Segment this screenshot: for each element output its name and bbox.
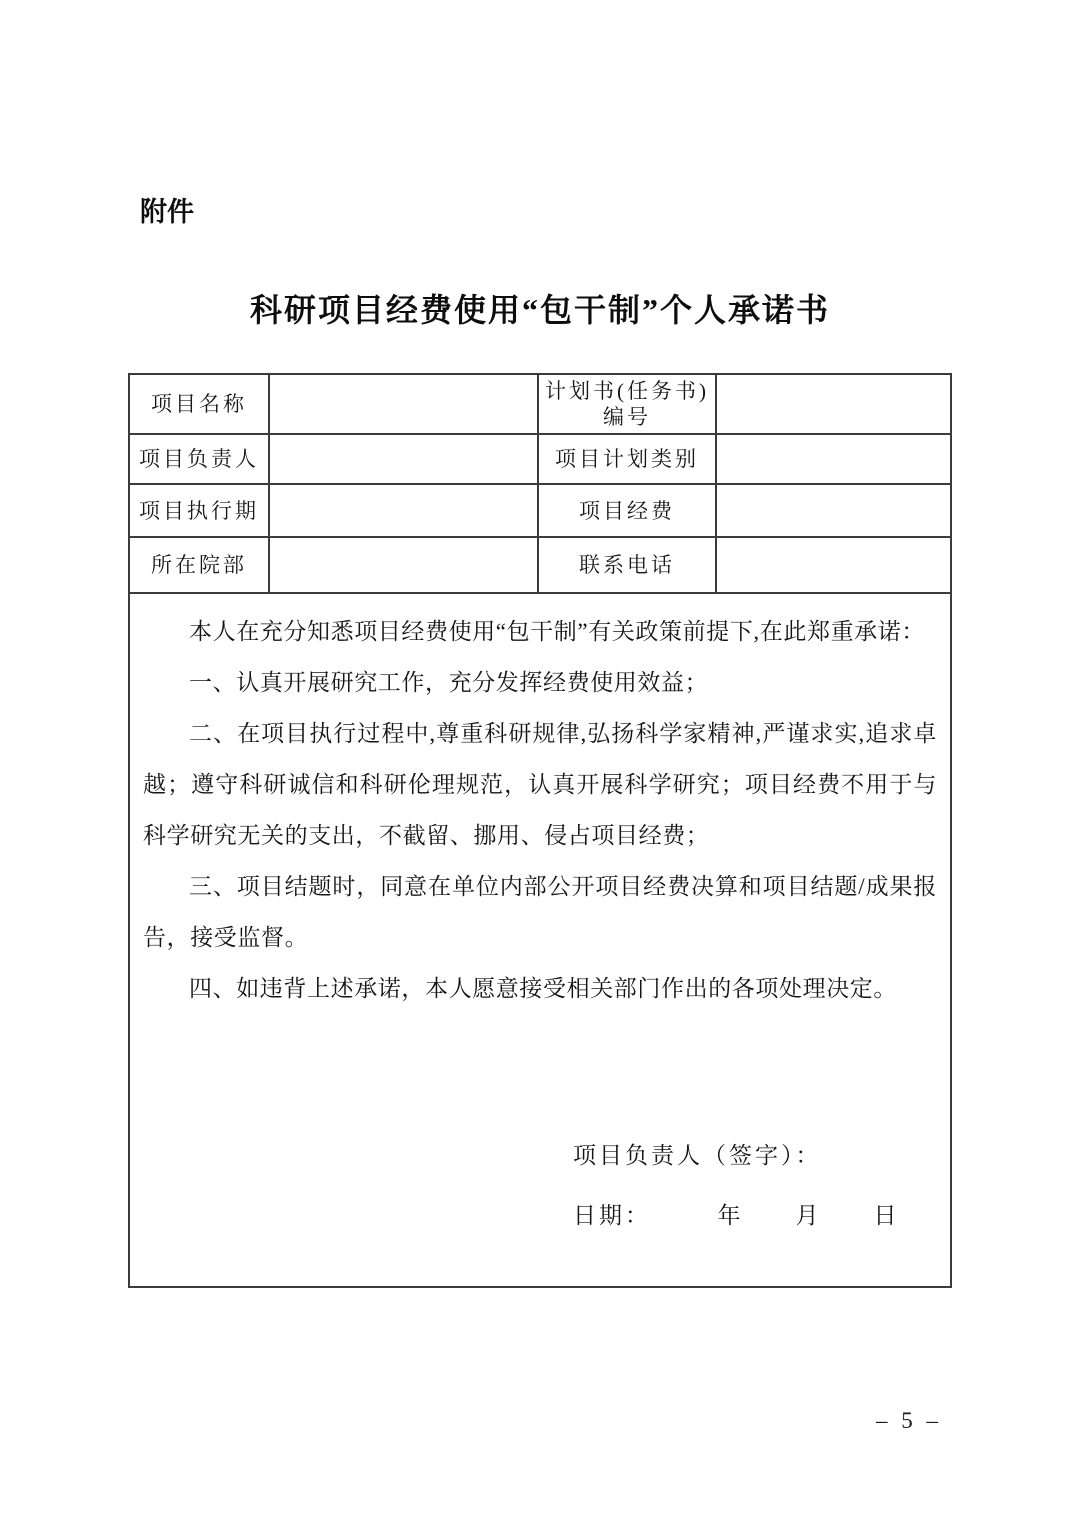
commitment-intro: 本人在充分知悉项目经费使用“包干制”有关政策前提下,在此郑重承诺： xyxy=(143,606,937,657)
field-value-plan-category xyxy=(716,434,951,484)
field-value-department xyxy=(269,537,538,593)
field-label-phone: 联系电话 xyxy=(538,537,716,593)
table-row-commitment: 本人在充分知悉项目经费使用“包干制”有关政策前提下,在此郑重承诺： 一、认真开展… xyxy=(129,593,951,1287)
table-row: 项目执行期 项目经费 xyxy=(129,484,951,537)
field-value-project-name xyxy=(269,374,538,434)
field-value-execution-period xyxy=(269,484,538,537)
table-row: 所在院部 联系电话 xyxy=(129,537,951,593)
field-label-project-leader: 项目负责人 xyxy=(129,434,269,484)
field-label-plan-category: 项目计划类别 xyxy=(538,434,716,484)
field-value-project-funds xyxy=(716,484,951,537)
commitment-cell: 本人在充分知悉项目经费使用“包干制”有关政策前提下,在此郑重承诺： 一、认真开展… xyxy=(129,593,951,1287)
field-label-execution-period: 项目执行期 xyxy=(129,484,269,537)
field-value-plan-number xyxy=(716,374,951,434)
attachment-label: 附件 xyxy=(140,194,194,230)
commitment-item-3: 三、项目结题时，同意在单位内部公开项目经费决算和项目结题/成果报告，接受监督。 xyxy=(143,861,937,963)
project-info-table: 项目名称 计划书(任务书)编号 项目负责人 项目计划类别 项目执行期 项目经费 … xyxy=(128,373,952,1288)
field-value-project-leader xyxy=(269,434,538,484)
field-value-phone xyxy=(716,537,951,593)
field-label-project-funds: 项目经费 xyxy=(538,484,716,537)
commitment-item-4: 四、如违背上述承诺，本人愿意接受相关部门作出的各项处理决定。 xyxy=(143,963,937,1014)
table-row: 项目负责人 项目计划类别 xyxy=(129,434,951,484)
field-label-plan-number: 计划书(任务书)编号 xyxy=(538,374,716,434)
date-label: 日期： 年 月 日 xyxy=(573,1186,937,1246)
table-row: 项目名称 计划书(任务书)编号 xyxy=(129,374,951,434)
field-label-department: 所在院部 xyxy=(129,537,269,593)
page-number: – 5 – xyxy=(876,1408,942,1434)
commitment-item-1: 一、认真开展研究工作，充分发挥经费使用效益； xyxy=(143,657,937,708)
document-page: 附件 科研项目经费使用“包干制”个人承诺书 项目名称 计划书(任务书)编号 项目… xyxy=(0,0,1080,1529)
document-title: 科研项目经费使用“包干制”个人承诺书 xyxy=(0,285,1080,331)
field-label-project-name: 项目名称 xyxy=(129,374,269,434)
commitment-item-2: 二、在项目执行过程中,尊重科研规律,弘扬科学家精神,严谨求实,追求卓越；遵守科研… xyxy=(143,708,937,861)
signature-block: 项目负责人（签字）： 日期： 年 月 日 xyxy=(573,1126,937,1246)
signature-label: 项目负责人（签字）： xyxy=(573,1126,937,1186)
